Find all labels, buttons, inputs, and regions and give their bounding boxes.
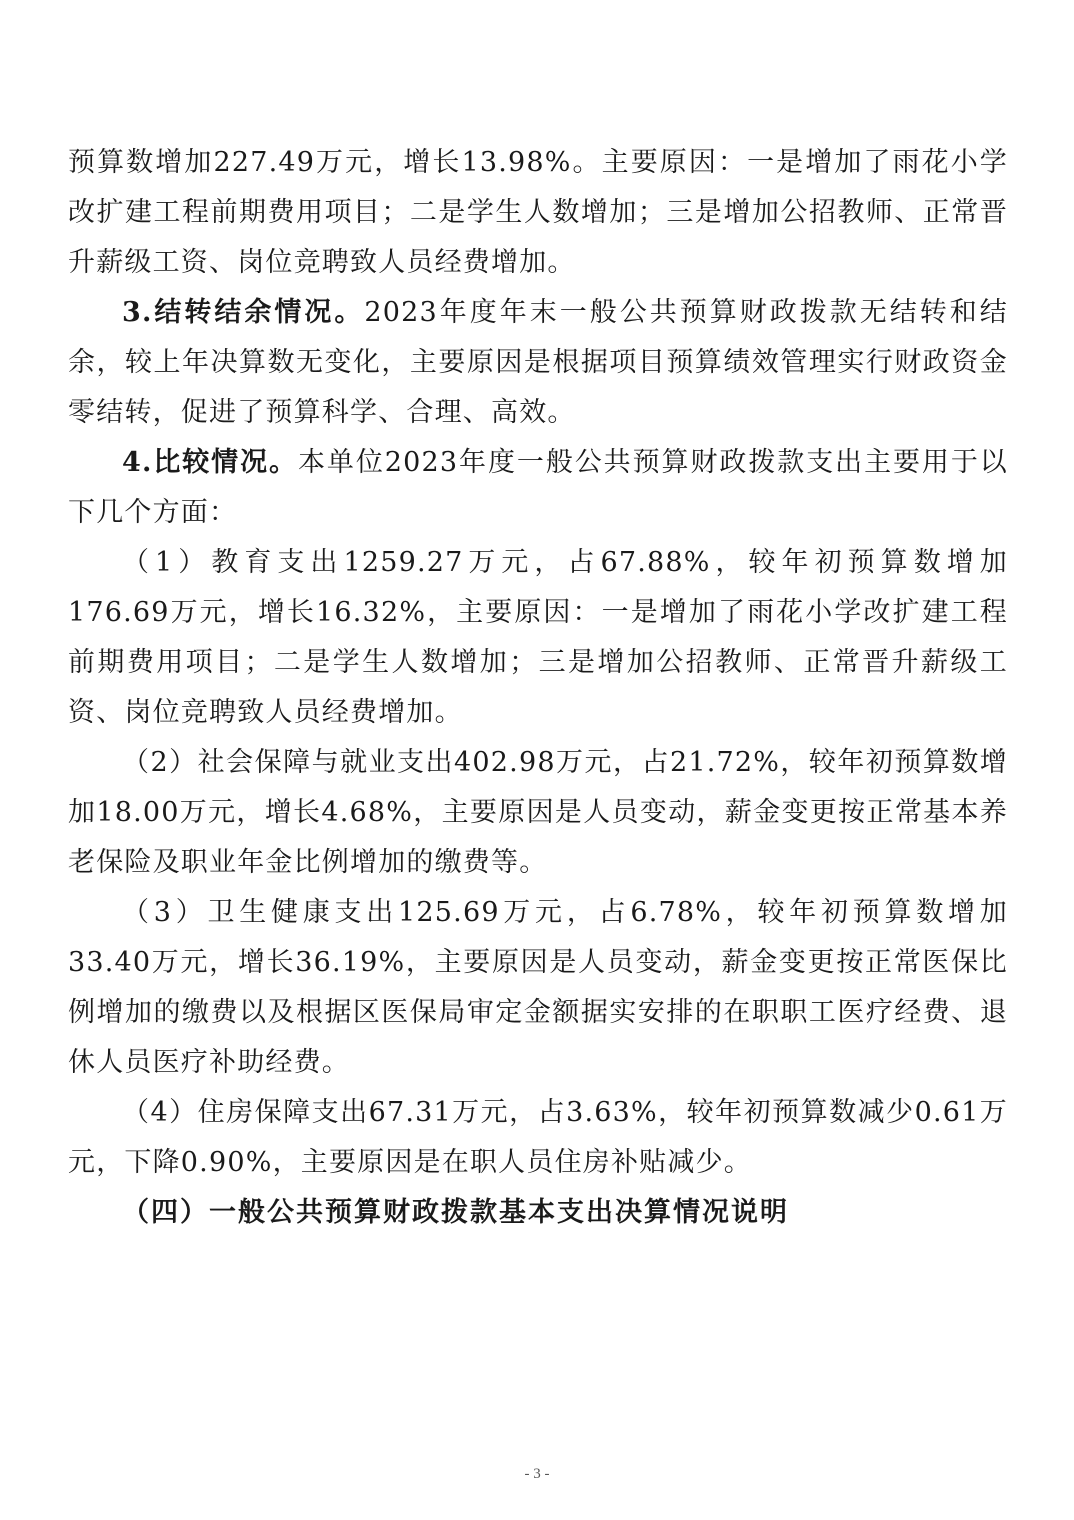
comparison-lead: 4.比较情况。: [122, 447, 298, 478]
paragraph-housing-expense: （4）住房保障支出67.31万元，占3.63%，较年初预算数减少0.61万元，下…: [68, 1088, 1008, 1188]
page-number: - 3 -: [0, 1466, 1074, 1483]
paragraph-comparison: 4.比较情况。本单位2023年度一般公共预算财政拨款支出主要用于以下几个方面：: [68, 438, 1008, 538]
paragraph-carryover: 3.结转结余情况。2023年度年末一般公共预算财政拨款无结转和结余，较上年决算数…: [68, 288, 1008, 438]
paragraph-budget-increase: 预算数增加227.49万元，增长13.98%。主要原因：一是增加了雨花小学改扩建…: [68, 138, 1008, 288]
document-page: 预算数增加227.49万元，增长13.98%。主要原因：一是增加了雨花小学改扩建…: [68, 138, 1008, 1238]
carryover-lead: 3.结转结余情况。: [122, 297, 364, 328]
section-heading: （四）一般公共预算财政拨款基本支出决算情况说明: [68, 1188, 1008, 1238]
paragraph-education-expense: （1）教育支出1259.27万元，占67.88%，较年初预算数增加176.69万…: [68, 538, 1008, 738]
paragraph-health-expense: （3）卫生健康支出125.69万元，占6.78%，较年初预算数增加33.40万元…: [68, 888, 1008, 1088]
paragraph-social-security-expense: （2）社会保障与就业支出402.98万元，占21.72%，较年初预算数增加18.…: [68, 738, 1008, 888]
